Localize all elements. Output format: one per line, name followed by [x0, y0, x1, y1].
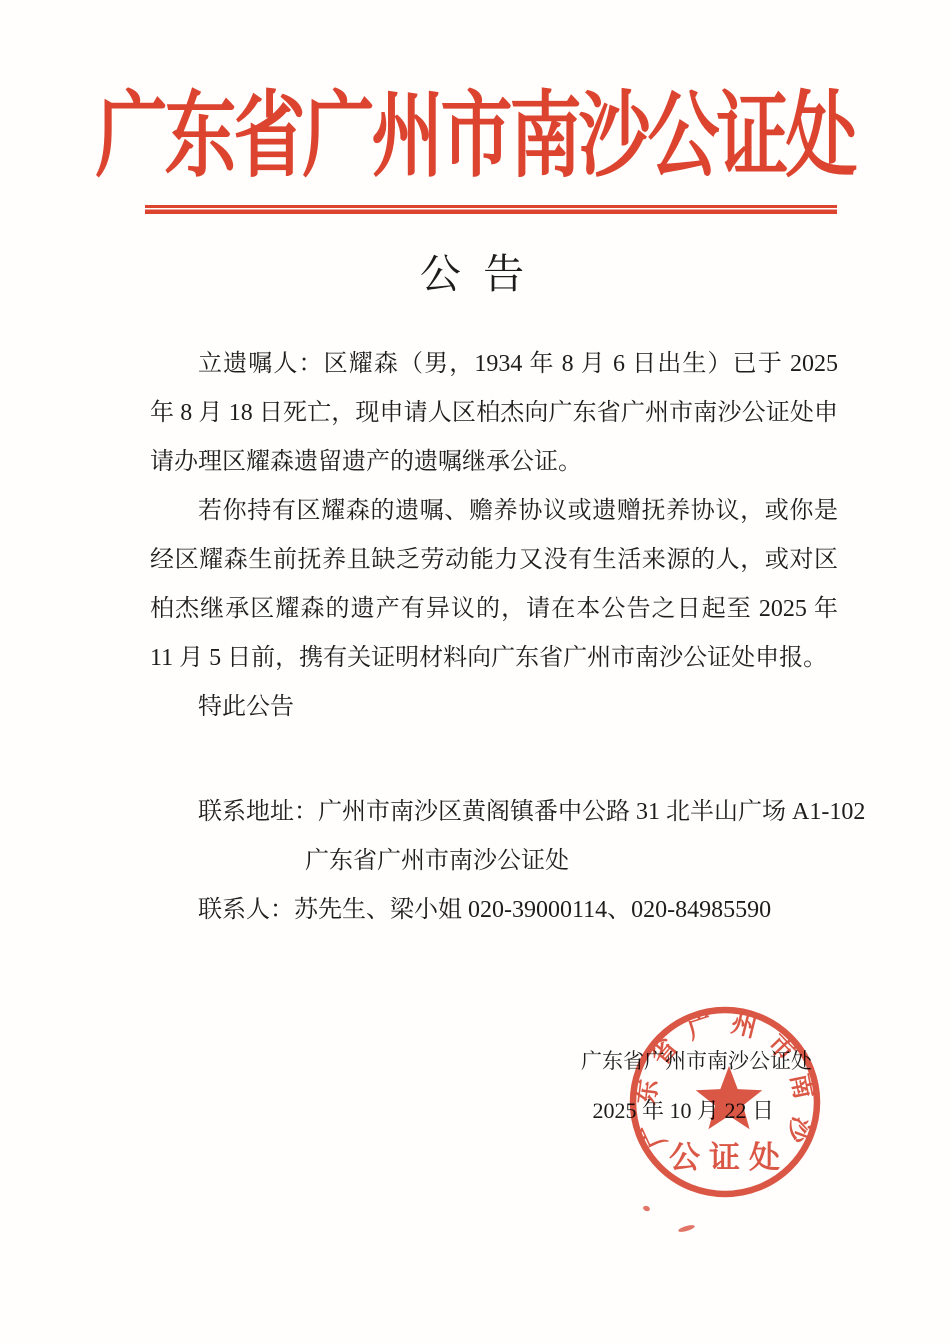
letterhead-org-title: 广东省广州市南沙公证处 [0, 86, 950, 189]
notice-document-page: 广东省广州市南沙公证处 公 告 立遗嘱人：区耀森（男，1934 年 8 月 6 … [0, 0, 950, 1343]
contact-address-line: 联系地址：广州市南沙区黄阁镇番中公路 31 北半山广场 A1-102 [150, 788, 838, 837]
ink-smudge-dash [678, 1224, 696, 1233]
ink-smudge-small [642, 1205, 650, 1212]
seal-star-icon [696, 1066, 763, 1129]
paragraph-testator: 立遗嘱人：区耀森（男，1934 年 8 月 6 日出生）已于 2025 年 8 … [150, 340, 838, 487]
contact-address-org-line: 广东省广州市南沙公证处 [150, 837, 838, 886]
official-seal-stamp: 广东省广州市南沙 公证处 [625, 1004, 825, 1204]
contact-person-line: 联系人：苏先生、梁小姐 020-39000114、020-84985590 [150, 886, 838, 935]
notice-body: 立遗嘱人：区耀森（男，1934 年 8 月 6 日出生）已于 2025 年 8 … [150, 340, 838, 935]
seal-bottom-text: 公证处 [669, 1140, 789, 1175]
paragraph-claim-deadline: 若你持有区耀森的遗嘱、赡养协议或遗赠抚养协议，或你是经区耀森生前抚养且缺乏劳动能… [150, 487, 838, 683]
paragraph-hereby: 特此公告 [150, 683, 838, 732]
letterhead-divider-line [145, 205, 837, 214]
spacer [150, 732, 838, 788]
notice-title: 公 告 [0, 241, 950, 300]
